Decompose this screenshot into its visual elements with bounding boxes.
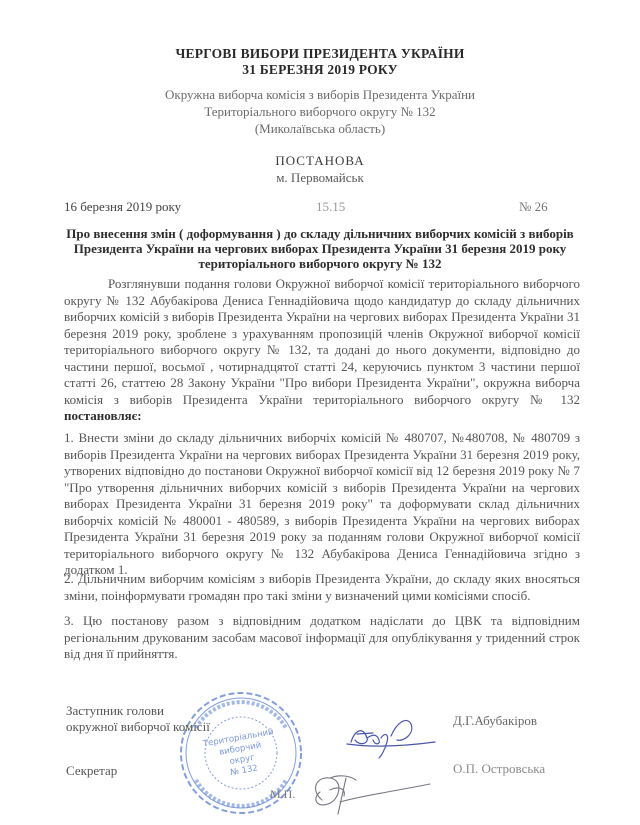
election-title-line2: 31 БЕРЕЗНЯ 2019 РОКУ <box>0 62 640 78</box>
deputy-signature-icon <box>345 712 445 762</box>
document-page: ЧЕРГОВІ ВИБОРИ ПРЕЗИДЕНТА УКРАЇНИ 31 БЕР… <box>0 0 640 825</box>
preamble-text: Розглянувши подання голови Окружної вибо… <box>64 276 580 407</box>
commission-region: (Миколаївська область) <box>0 120 640 137</box>
decree-meta: 16 березня 2019 року 15.15 № 26 <box>64 199 580 217</box>
commission-heading: Окружна виборча комісія з виборів Презид… <box>0 86 640 137</box>
decree-number: № 26 <box>519 199 548 215</box>
resolution-item-2: 2. Дільничним виборчим комісіям з виборі… <box>64 571 580 604</box>
secretary-name: О.П. Островська <box>453 761 545 777</box>
deputy-label-line2: окружної виборчої комісії <box>66 719 210 735</box>
commission-district: Територіального виборчого округу № 132 <box>0 103 640 120</box>
subject-line2: Президента України на чергових виборах П… <box>60 241 580 256</box>
secretary-signature-icon <box>300 770 450 825</box>
subject-line1: Про внесення змін ( доформування ) до ск… <box>60 226 580 241</box>
deputy-chair-name: Д.Г.Абубакіров <box>453 713 537 729</box>
election-title-line1: ЧЕРГОВІ ВИБОРИ ПРЕЗИДЕНТА УКРАЇНИ <box>0 46 640 62</box>
decree-subject: Про внесення змін ( доформування ) до ск… <box>60 226 580 271</box>
subject-line3: територіального виборчого округу № 132 <box>60 256 580 271</box>
resolves-word: постановляє: <box>64 408 142 423</box>
deputy-chair-label: Заступник голови окружної виборчої коміс… <box>66 703 210 735</box>
deputy-label-line1: Заступник голови <box>66 703 210 719</box>
seal-place-mark: М.П. <box>270 786 295 802</box>
decree-date: 16 березня 2019 року <box>64 199 181 215</box>
decree-city: м. Первомайськ <box>0 169 640 186</box>
commission-name: Окружна виборча комісія з виборів Презид… <box>0 86 640 103</box>
preamble-paragraph: Розглянувши подання голови Окружної вибо… <box>64 276 580 425</box>
decree-word: ПОСТАНОВА <box>0 152 640 169</box>
election-title: ЧЕРГОВІ ВИБОРИ ПРЕЗИДЕНТА УКРАЇНИ 31 БЕР… <box>0 46 640 78</box>
resolution-item-3: 3. Цю постанову разом з відповідним дода… <box>64 613 580 663</box>
decree-time: 15.15 <box>316 199 345 215</box>
decree-heading: ПОСТАНОВА м. Первомайськ <box>0 152 640 186</box>
resolution-item-1: 1. Внести зміни до складу дільничних виб… <box>64 430 580 579</box>
secretary-label: Секретар <box>66 763 117 779</box>
